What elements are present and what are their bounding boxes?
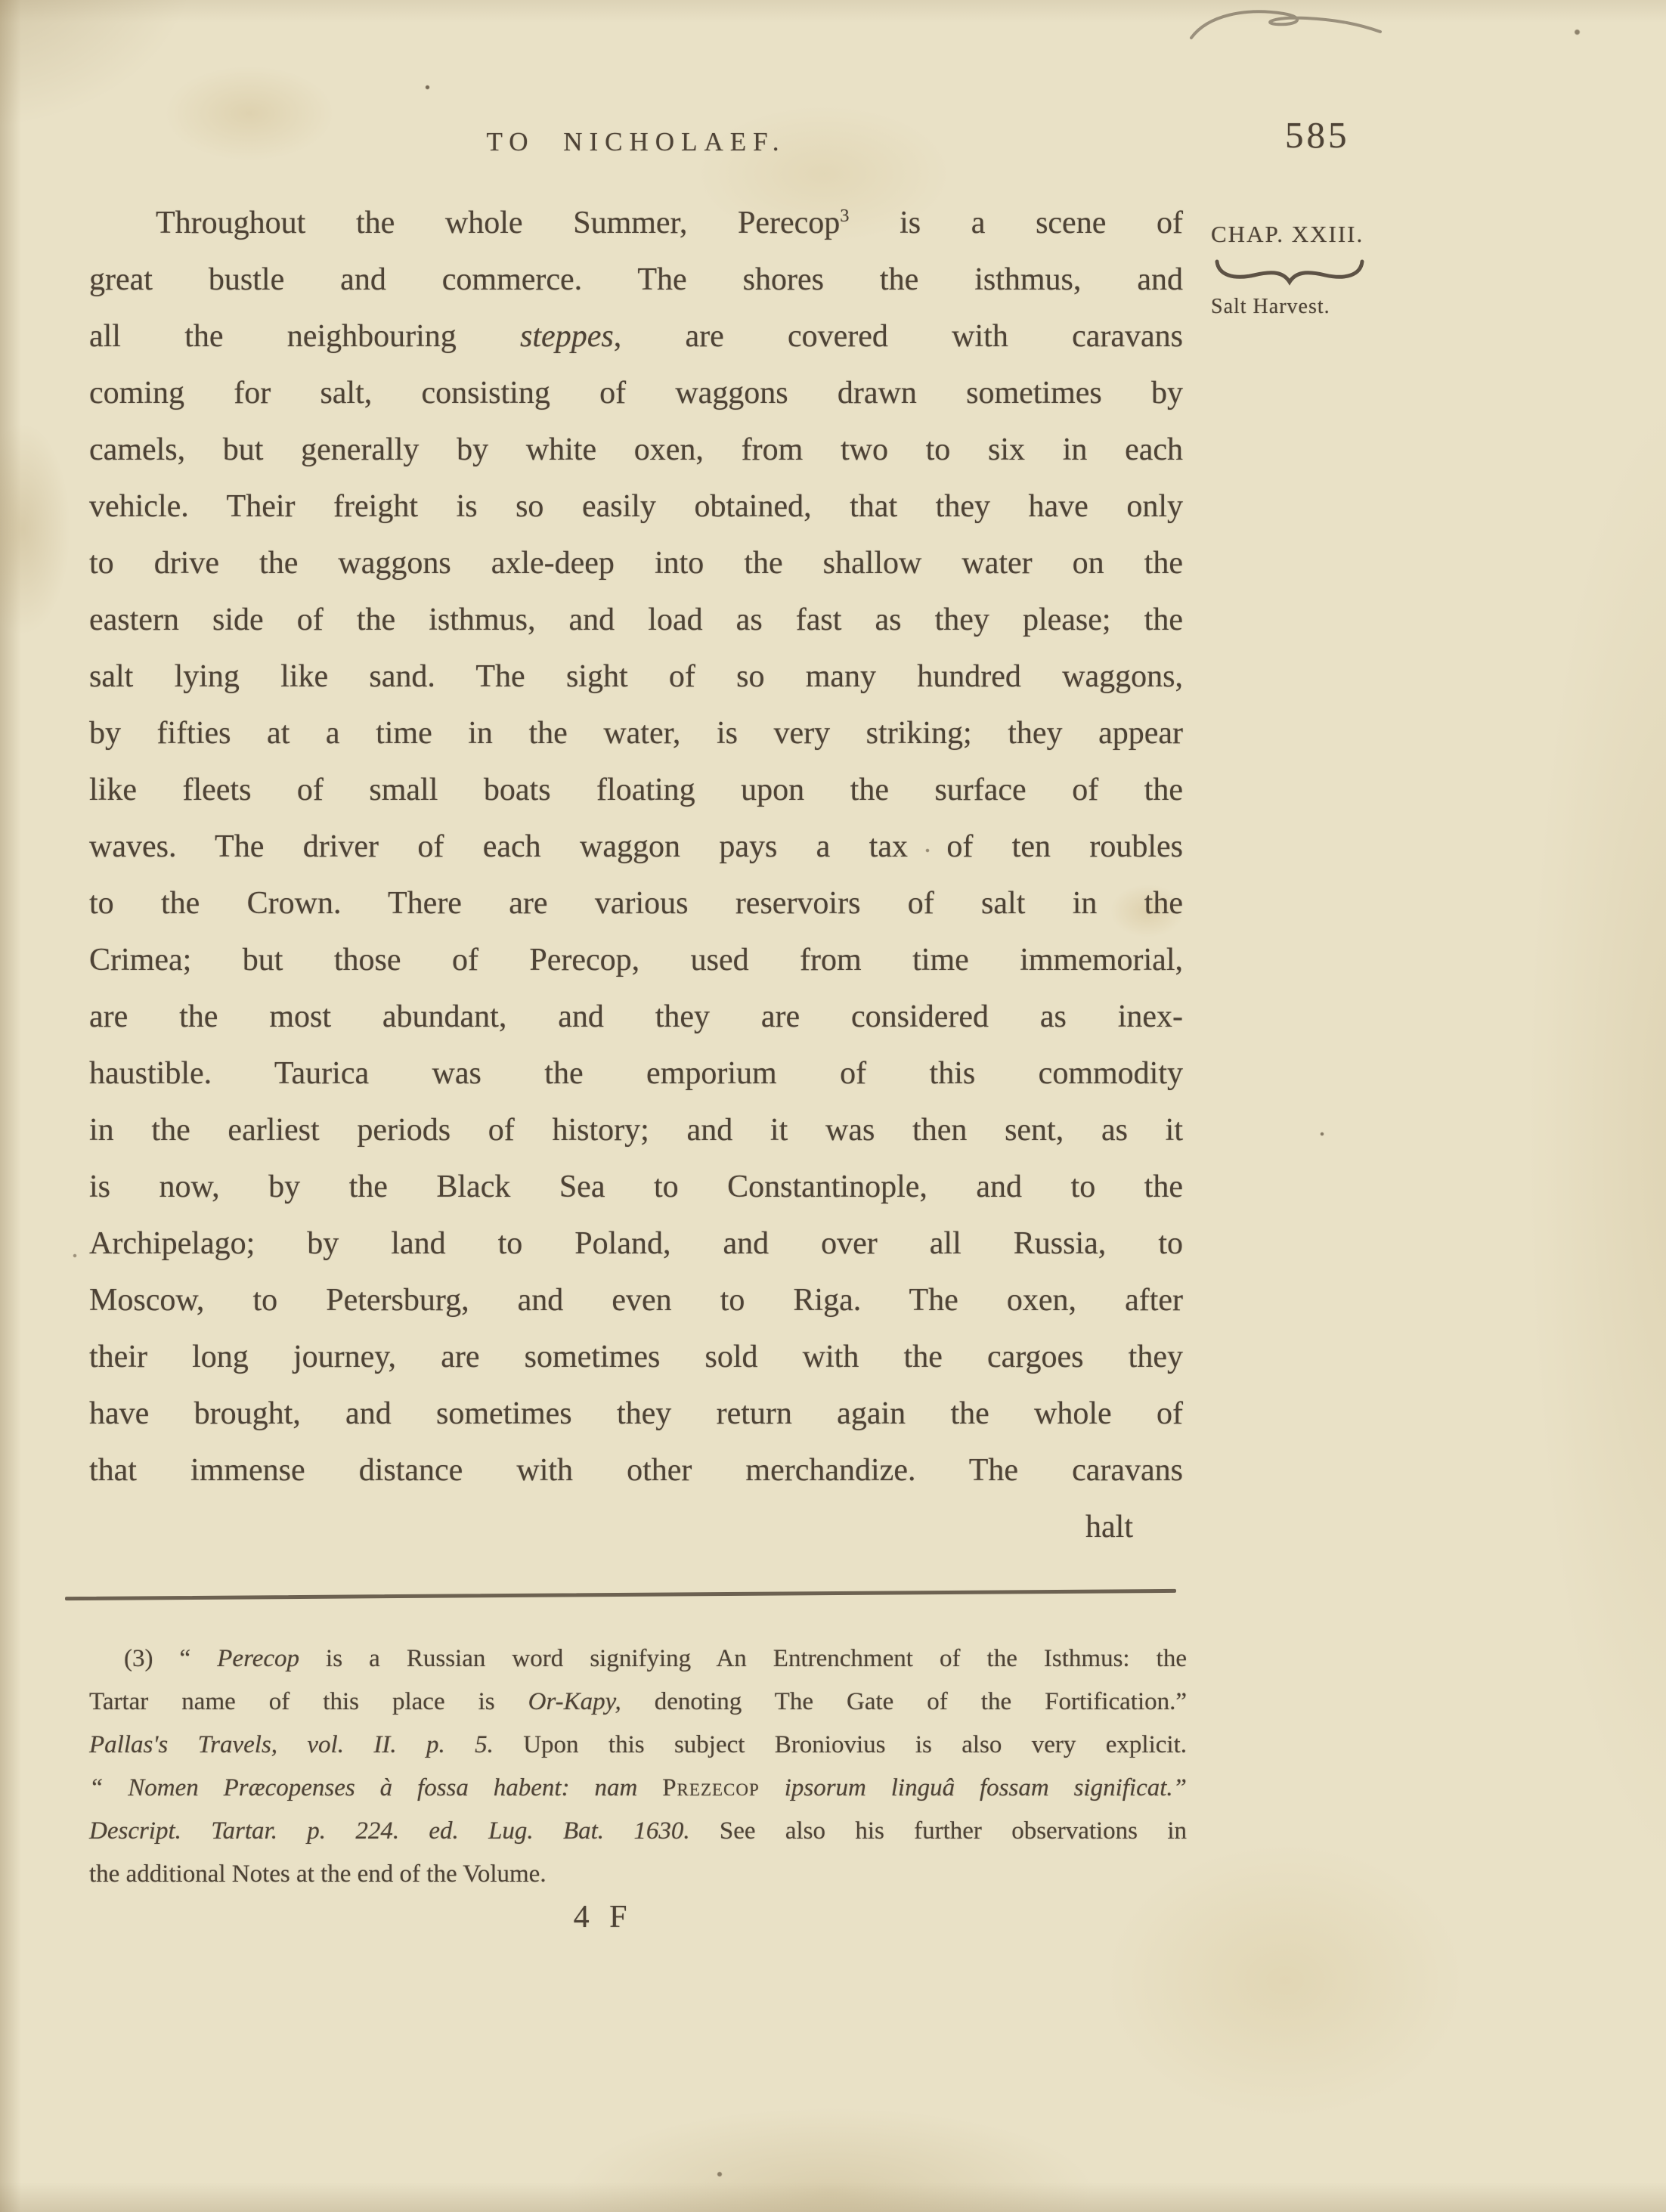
text-segment: Descript. Tartar. p. 224. ed. Lug. Bat. … — [89, 1817, 690, 1845]
text-segment: the additional Notes at the end of the V… — [89, 1860, 547, 1888]
body-line: are the most abundant, and they are cons… — [89, 989, 1183, 1046]
text-segment: coming for salt, consisting of waggons d… — [89, 376, 1183, 410]
text-segment: Tartar name of this place is — [89, 1688, 528, 1715]
text-segment: Prezecop — [662, 1774, 760, 1802]
body-line: salt lying like sand. The sight of so ma… — [89, 649, 1183, 705]
body-text: Throughout the whole Summer, Perecop3 is… — [89, 195, 1183, 1556]
text-segment: their long journey, are sometimes sold w… — [89, 1340, 1183, 1374]
body-line: camels, but generally by white oxen, fro… — [89, 422, 1183, 479]
body-line: to drive the waggons axle-deep into the … — [89, 535, 1183, 592]
body-line: that immense distance with other merchan… — [89, 1442, 1183, 1499]
body-line: all the neighbouring steppes, are covere… — [89, 308, 1183, 365]
body-line: by fifties at a time in the water, is ve… — [89, 705, 1183, 762]
footnote-line: Descript. Tartar. p. 224. ed. Lug. Bat. … — [89, 1810, 1187, 1853]
signature-mark: 4 F — [89, 1899, 1117, 1935]
brace-ornament — [1212, 256, 1367, 287]
margin-section-label: Salt Harvest. — [1211, 295, 1400, 319]
margin-chapter-label: CHAP. XXIII. — [1211, 221, 1400, 248]
text-segment: is a Russian word signifying An Entrench… — [299, 1645, 1187, 1672]
body-line: like fleets of small boats floating upon… — [89, 762, 1183, 819]
text-segment: “ Nomen Præcopenses à fossa habent: nam — [89, 1774, 662, 1802]
text-segment: Or-Kapy, — [528, 1688, 621, 1715]
text-segment: all the neighbouring — [89, 319, 520, 354]
text-segment: Pallas's Travels, vol. II. p. 5. — [89, 1731, 494, 1758]
body-line: is now, by the Black Sea to Constantinop… — [89, 1159, 1183, 1216]
body-line: haustible. Taurica was the emporium of t… — [89, 1046, 1183, 1102]
body-line: vehicle. Their freight is so easily obta… — [89, 479, 1183, 535]
footnote-line: (3) “ Perecop is a Russian word signifyi… — [89, 1637, 1187, 1681]
text-segment: Archipelago; by land to Poland, and over… — [89, 1226, 1183, 1261]
footnote: (3) “ Perecop is a Russian word signifyi… — [89, 1637, 1187, 1896]
text-segment: is now, by the Black Sea to Constantinop… — [89, 1170, 1183, 1204]
footnote-line: the additional Notes at the end of the V… — [89, 1853, 1187, 1896]
body-line: Throughout the whole Summer, Perecop3 is… — [89, 195, 1183, 252]
margin-notes: CHAP. XXIII. Salt Harvest. — [1211, 221, 1400, 319]
text-segment: are the most abundant, and they are cons… — [89, 999, 1183, 1034]
pencil-squiggle-mark — [1185, 5, 1389, 53]
text-segment: eastern side of the isthmus, and load as… — [89, 603, 1183, 637]
body-line: coming for salt, consisting of waggons d… — [89, 365, 1183, 422]
catchword: halt — [1085, 1510, 1133, 1544]
text-segment: that immense distance with other merchan… — [89, 1453, 1183, 1488]
text-segment: in the earliest periods of history; and … — [89, 1113, 1183, 1148]
text-segment: steppes — [520, 319, 614, 354]
page-number: 585 — [1285, 113, 1350, 156]
text-segment: salt lying like sand. The sight of so ma… — [89, 659, 1183, 694]
text-segment: to the Crown. There are various reservoi… — [89, 886, 1183, 921]
body-lines: Throughout the whole Summer, Perecop3 is… — [89, 195, 1183, 1499]
text-segment: waves. The driver of each waggon pays a … — [89, 829, 1183, 864]
body-line: great bustle and commerce. The shores th… — [89, 252, 1183, 308]
body-line: to the Crown. There are various reservoi… — [89, 875, 1183, 932]
body-line: have brought, and sometimes they return … — [89, 1386, 1183, 1442]
text-segment: Crimea; but those of Perecop, used from … — [89, 943, 1183, 977]
text-segment: ipsorum linguâ fossam significat.” — [760, 1774, 1187, 1802]
text-segment: great bustle and commerce. The shores th… — [89, 262, 1183, 297]
body-line: in the earliest periods of history; and … — [89, 1102, 1183, 1159]
book-page: TO NICHOLAEF. 585 CHAP. XXIII. Salt Harv… — [0, 0, 1666, 2212]
text-segment: See also his further observations in — [690, 1817, 1187, 1845]
footnote-lines: (3) “ Perecop is a Russian word signifyi… — [89, 1637, 1187, 1896]
body-line: waves. The driver of each waggon pays a … — [89, 819, 1183, 875]
text-segment: 3 — [840, 206, 849, 226]
text-segment: Perecop — [217, 1645, 299, 1672]
text-segment: (3) “ — [124, 1645, 217, 1672]
text-segment: is a scene of — [849, 206, 1183, 240]
footnote-line: Pallas's Travels, vol. II. p. 5. Upon th… — [89, 1724, 1187, 1767]
text-segment: Upon this subject Broniovius is also ver… — [494, 1731, 1187, 1758]
footnote-line: Tartar name of this place is Or-Kapy, de… — [89, 1681, 1187, 1724]
footnote-line: “ Nomen Præcopenses à fossa habent: nam … — [89, 1767, 1187, 1810]
body-line: Crimea; but those of Perecop, used from … — [89, 932, 1183, 989]
footnote-rule — [65, 1589, 1176, 1600]
catchword-line: halt — [89, 1499, 1183, 1556]
text-segment: like fleets of small boats floating upon… — [89, 773, 1183, 807]
text-segment: by fifties at a time in the water, is ve… — [89, 716, 1183, 751]
body-line: Archipelago; by land to Poland, and over… — [89, 1216, 1183, 1272]
text-segment: haustible. Taurica was the emporium of t… — [89, 1056, 1183, 1091]
running-header: TO NICHOLAEF. — [89, 127, 1183, 157]
body-line: eastern side of the isthmus, and load as… — [89, 592, 1183, 649]
text-segment: vehicle. Their freight is so easily obta… — [89, 489, 1183, 524]
text-segment: have brought, and sometimes they return … — [89, 1396, 1183, 1431]
text-segment: Moscow, to Petersburg, and even to Riga.… — [89, 1283, 1183, 1318]
text-segment: denoting The Gate of the Fortification.” — [621, 1688, 1187, 1715]
body-line: Moscow, to Petersburg, and even to Riga.… — [89, 1272, 1183, 1329]
text-segment: Throughout the whole Summer, Perecop — [156, 206, 840, 240]
text-segment: to drive the waggons axle-deep into the … — [89, 546, 1183, 581]
body-line: their long journey, are sometimes sold w… — [89, 1329, 1183, 1386]
text-segment: , are covered with caravans — [614, 319, 1183, 354]
text-segment: camels, but generally by white oxen, fro… — [89, 432, 1183, 467]
